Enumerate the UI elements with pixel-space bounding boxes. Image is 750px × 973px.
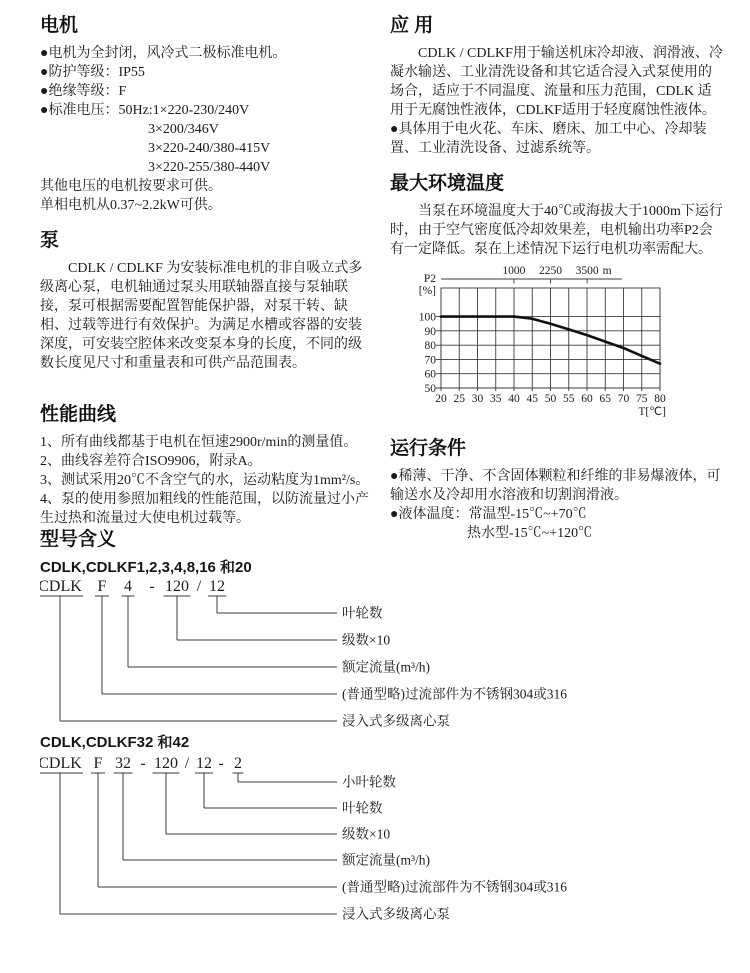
motor-bullet: ●绝缘等级：F [40,82,372,101]
model-code-token: / [185,755,190,772]
svg-text:25: 25 [454,393,466,405]
chart-grid [436,279,660,391]
model-diagram-1: CDLKF4-120/12叶轮数级数×10额定流量(m³/h)(普通型略)过流部… [40,578,700,730]
motor-note: 其他电压的电机按要求可供。 [40,177,372,196]
motor-bullet: ●标准电压：50Hz:1×220-230/240V [40,101,372,120]
model-code-token: 120 [165,578,189,595]
operating-bullet: ●液体温度：常温型-15℃~+70℃ [390,505,724,524]
max-temp-title: 最大环境温度 [390,172,724,196]
curves-item: 3、测试采用20℃不含空气的水，运动粘度为1mm²/s。 [40,471,372,490]
model-code-token: CDLK [40,578,82,595]
svg-text:70: 70 [618,393,630,405]
svg-text:1000: 1000 [502,265,525,277]
svg-text:60: 60 [581,393,593,405]
document-page: 电机 ●电机为全封闭，风冷式二极标准电机。 ●防护等级：IP55 ●绝缘等级：F… [0,0,750,973]
model-code-label: 级数×10 [342,632,390,648]
section-pump: 泵 CDLK / CDLKF 为安装标准电机的非自吸立式多级离心泵，电机轴通过泵… [40,229,372,373]
svg-text:100: 100 [419,312,437,324]
svg-text:m: m [603,265,612,277]
svg-text:30: 30 [472,393,484,405]
model-diagram-2: CDLKF32-120/12-2小叶轮数叶轮数级数×10额定流量(m³/h)(普… [40,753,700,929]
curves-item: 2、曲线容差符合ISO9906，附录A。 [40,452,372,471]
svg-text:70: 70 [425,354,437,366]
diagram-texts: CDLKF32-120/12-2小叶轮数叶轮数级数×10额定流量(m³/h)(普… [40,755,567,922]
operating-bullet-continuation: 热水型-15℃~+120℃ [467,524,724,543]
model-code-label: (普通型略)过流部件为不锈钢304或316 [342,686,567,702]
voltage-line: 3×220-240/380-415V [148,139,372,158]
svg-text:60: 60 [425,369,437,381]
voltage-line: 3×220-255/380-440V [148,158,372,177]
svg-text:80: 80 [654,393,666,405]
motor-note: 单相电机从0.37~2.2kW可供。 [40,196,372,215]
curves-item: 4、泵的使用参照加粗线的性能范围，以防流量过小产生过热和流量过大使电机过载等。 [40,490,372,528]
model-code-label: 额定流量(m³/h) [342,659,430,675]
model-code-token: CDLK [40,755,82,772]
svg-text:[%]: [%] [419,285,436,297]
left-column: 电机 ●电机为全封闭，风冷式二极标准电机。 ●防护等级：IP55 ●绝缘等级：F… [40,14,372,929]
model-code-label: (普通型略)过流部件为不锈钢304或316 [342,879,567,895]
section-application: 应 用 CDLK / CDLKF用于输送机床冷却液、润滑液、冷凝水输送、工业清洗… [390,14,724,158]
model-code-token: 4 [124,578,132,595]
diagram-lines [40,596,337,721]
derating-chart: 5060708090100202530354045505560657075801… [390,261,720,423]
diagram-lines [40,773,337,914]
model-code-token: F [98,578,107,595]
max-temp-body: 当泵在环境温度大于40℃或海拔大于1000m下运行时，由于空气密度低冷却效果差，… [390,202,724,259]
voltage-line: 3×200/346V [148,120,372,139]
svg-text:55: 55 [563,393,575,405]
svg-text:P2: P2 [424,273,436,285]
application-body: CDLK / CDLKF用于输送机床冷却液、润滑液、冷凝水输送、工业清洗设备和其… [390,44,724,120]
operating-bullet: ●稀薄、干净、不含固体颗粒和纤维的非易爆液体，可输送水及冷却用水溶液和切割润滑液… [390,467,724,505]
model-code-token: / [197,578,202,595]
motor-bullet: ●防护等级：IP55 [40,63,372,82]
pump-title: 泵 [40,229,372,253]
model-title: 型号含义 [40,528,372,552]
model-code-token: 12 [196,755,212,772]
model-code-token: - [218,755,223,772]
svg-text:65: 65 [600,393,612,405]
model-code-label: 浸入式多级离心泵 [342,907,450,922]
model-code-label: 叶轮数 [342,605,383,621]
model-code-token: - [140,755,145,772]
svg-text:40: 40 [508,393,520,405]
svg-text:90: 90 [425,326,437,338]
curves-title: 性能曲线 [40,403,372,427]
model-code-token: 12 [209,578,225,595]
model-code-token: F [94,755,103,772]
svg-text:20: 20 [435,393,447,405]
svg-text:45: 45 [527,393,539,405]
application-bullet: ●具体用于电火花、车床、磨床、加工中心、冷却装置、工业清洗设备、过滤系统等。 [390,120,724,158]
pump-body: CDLK / CDLKF 为安装标准电机的非自吸立式多级离心泵，电机轴通过泵头用… [40,259,372,373]
model-code-label: 级数×10 [342,826,390,842]
model-code-token: 2 [234,755,242,772]
model-series-1: CDLK,CDLKF1,2,3,4,8,16 和20 [40,558,372,578]
model-code-token: 120 [154,755,178,772]
model-code-label: 额定流量(m³/h) [342,852,430,868]
model-code-label: 浸入式多级离心泵 [342,714,450,729]
svg-text:3500: 3500 [576,265,599,277]
svg-text:50: 50 [545,393,557,405]
motor-title: 电机 [40,14,372,38]
model-code-token: 32 [115,755,131,772]
right-column: 应 用 CDLK / CDLKF用于输送机床冷却液、润滑液、冷凝水输送、工业清洗… [390,14,724,543]
section-performance-curves: 性能曲线 1、所有曲线都基于电机在恒速2900r/min的测量值。 2、曲线容差… [40,403,372,528]
section-operating-conditions: 运行条件 ●稀薄、干净、不含固体颗粒和纤维的非易爆液体，可输送水及冷却用水溶液和… [390,437,724,543]
derating-chart-wrap: 5060708090100202530354045505560657075801… [390,261,724,423]
operating-title: 运行条件 [390,437,724,461]
model-code-token: - [149,578,154,595]
section-model-designation: 型号含义 CDLK,CDLKF1,2,3,4,8,16 和20 CDLKF4-1… [40,528,372,929]
application-title: 应 用 [390,14,724,38]
diagram-texts: CDLKF4-120/12叶轮数级数×10额定流量(m³/h)(普通型略)过流部… [40,578,567,729]
model-code-label: 叶轮数 [342,800,383,816]
svg-text:80: 80 [425,340,437,352]
model-series-2: CDLK,CDLKF32 和42 [40,733,372,753]
section-max-ambient-temperature: 最大环境温度 当泵在环境温度大于40℃或海拔大于1000m下运行时，由于空气密度… [390,172,724,423]
svg-text:T[℃]: T[℃] [638,406,666,418]
svg-text:75: 75 [636,393,648,405]
curves-item: 1、所有曲线都基于电机在恒速2900r/min的测量值。 [40,433,372,452]
svg-text:35: 35 [490,393,502,405]
motor-bullet: ●电机为全封闭，风冷式二极标准电机。 [40,44,372,63]
section-motor: 电机 ●电机为全封闭，风冷式二极标准电机。 ●防护等级：IP55 ●绝缘等级：F… [40,14,372,215]
model-code-label: 小叶轮数 [342,774,396,790]
svg-text:2250: 2250 [539,265,562,277]
